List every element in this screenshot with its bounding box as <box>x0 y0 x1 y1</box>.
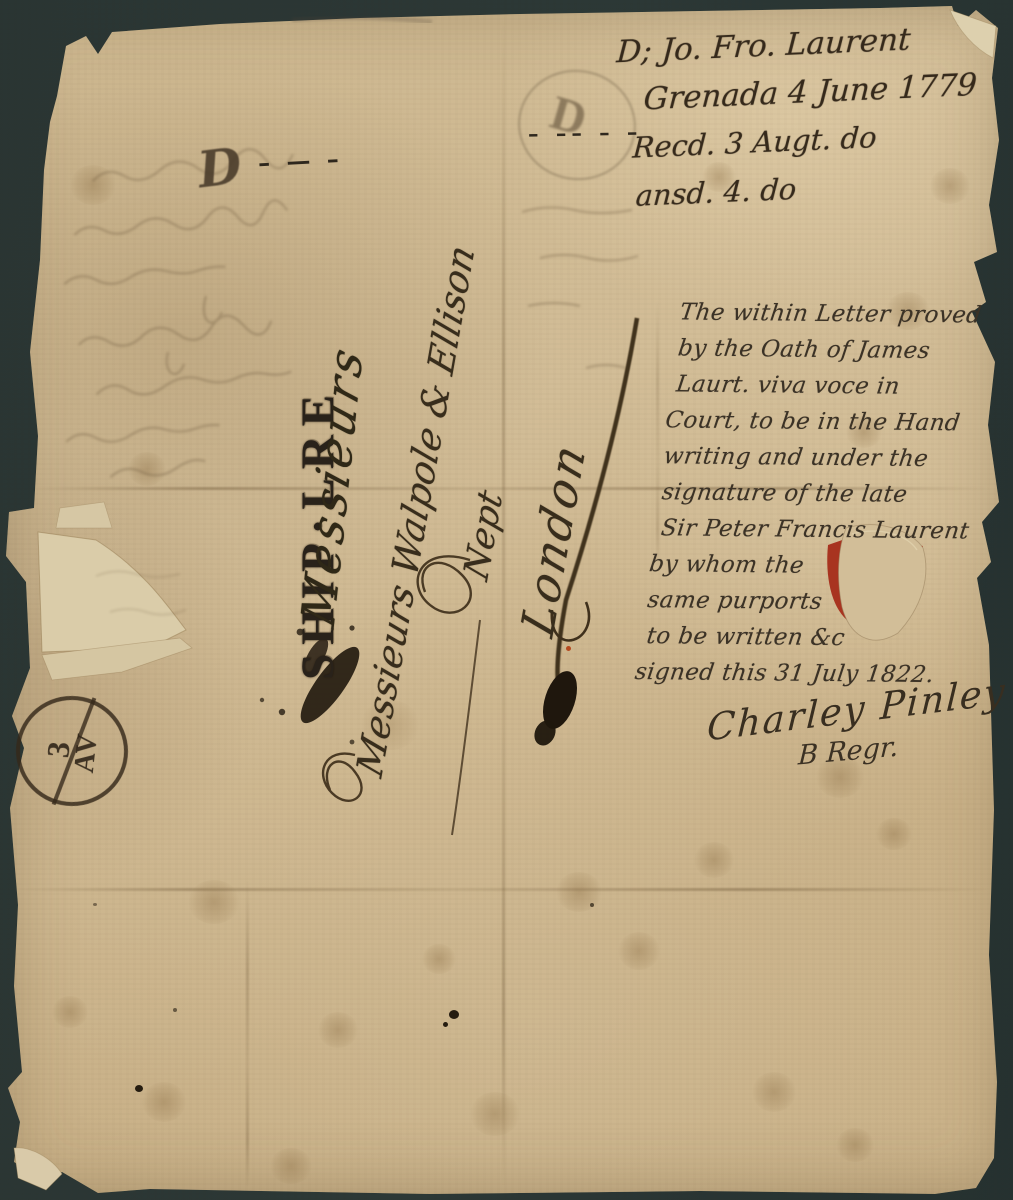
stamp-letters: AV <box>71 731 103 775</box>
letter-paper-sheet <box>0 0 1013 1200</box>
scanned-letter-view: D – — – D – –– – – SHIP·LRE Messieurs Me… <box>0 0 1013 1200</box>
handstamp-letter: D <box>544 85 592 147</box>
circular-inspector-stamp: 3 AV <box>11 690 134 811</box>
stamp-text: 3 AV <box>16 694 128 808</box>
stamp-number: 3 <box>42 740 74 759</box>
